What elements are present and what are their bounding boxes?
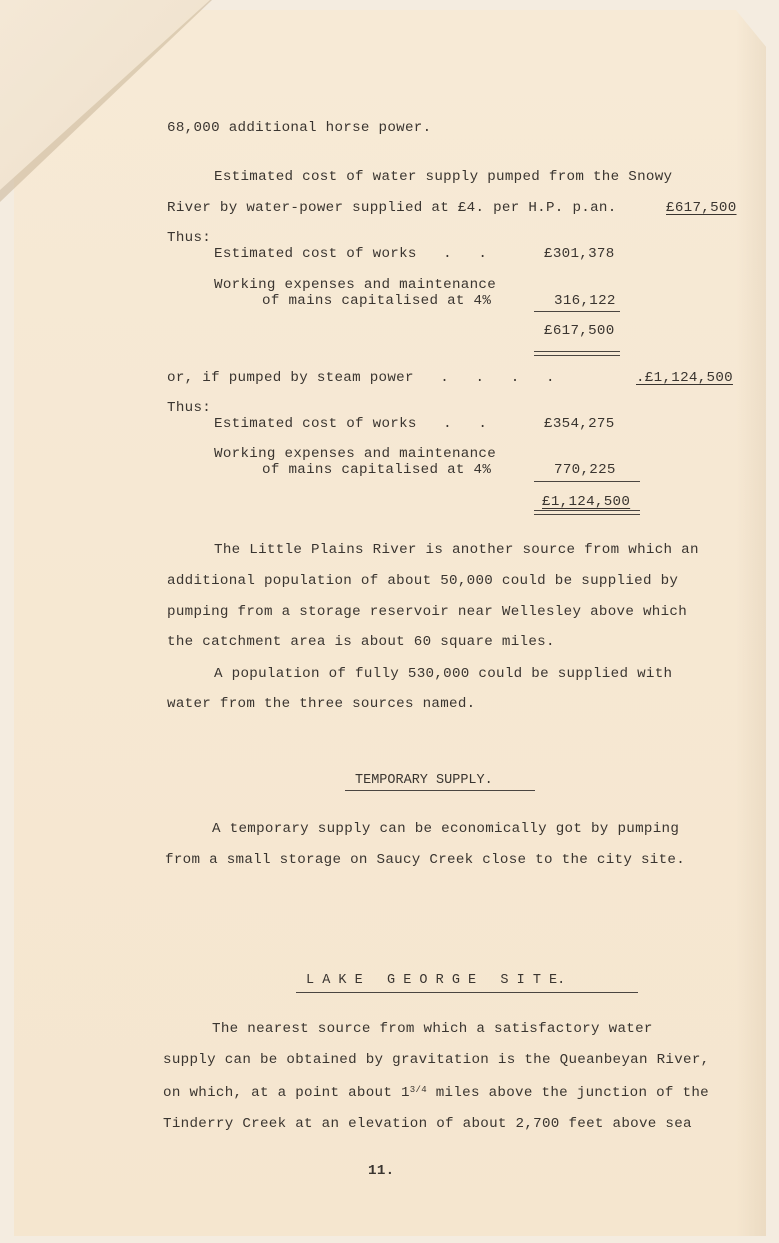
line-part: on which, at a point about 1 — [163, 1085, 410, 1101]
row-label: Working expenses and maintenance — [214, 277, 496, 293]
row-label: Estimated cost of works . . — [214, 416, 487, 432]
row-label: of mains capitalised at 4% — [262, 293, 491, 309]
section-heading: TEMPORARY SUPPLY. — [355, 773, 493, 788]
water-power-cost-total: £617,500 — [666, 200, 737, 216]
text-line: Estimated cost of water supply pumped fr… — [214, 169, 672, 185]
thus-label: Thus: — [167, 230, 211, 246]
subtotal: £1,124,500 — [542, 494, 630, 510]
paragraph-line: on which, at a point about 13/4 miles ab… — [163, 1085, 709, 1101]
paragraph-line: additional population of about 50,000 co… — [167, 573, 678, 589]
row-label: Estimated cost of works . . — [214, 246, 487, 262]
page-number: 11. — [368, 1163, 394, 1179]
paragraph-line: pumping from a storage reservoir near We… — [167, 604, 687, 620]
subtotal: £617,500 — [544, 323, 615, 339]
paragraph-line: The nearest source from which a satisfac… — [212, 1021, 653, 1037]
paragraph-line: A temporary supply can be economically g… — [212, 821, 679, 837]
section-heading: L A K E G E O R G E S I T E. — [306, 973, 565, 988]
steam-power-cost-total: .£1,124,500 — [636, 370, 733, 386]
row-amount: 770,225 — [554, 462, 616, 478]
paragraph-line: A population of fully 530,000 could be s… — [214, 666, 672, 682]
paragraph-line: supply can be obtained by gravitation is… — [163, 1052, 709, 1068]
paragraph-line: the catchment area is about 60 square mi… — [167, 634, 555, 650]
paragraph-line: Tinderry Creek at an elevation of about … — [163, 1116, 692, 1132]
sum-rule — [534, 311, 620, 312]
paragraph-line: from a small storage on Saucy Creek clos… — [165, 852, 685, 868]
fraction: 3/4 — [410, 1085, 427, 1095]
text-line: 68,000 additional horse power. — [167, 120, 431, 136]
text-line: or, if pumped by steam power . . . . — [167, 370, 555, 386]
text-line: River by water-power supplied at £4. per… — [167, 200, 617, 216]
row-amount: £354,275 — [544, 416, 615, 432]
line-part: miles above the junction of the — [436, 1085, 709, 1101]
paragraph-line: The Little Plains River is another sourc… — [214, 542, 699, 558]
row-amount: £301,378 — [544, 246, 615, 262]
double-rule — [534, 351, 620, 356]
double-rule — [534, 510, 640, 515]
row-label: of mains capitalised at 4% — [262, 462, 491, 478]
paragraph-line: water from the three sources named. — [167, 696, 476, 712]
row-label: Working expenses and maintenance — [214, 446, 496, 462]
heading-underline — [345, 790, 535, 791]
row-amount: 316,122 — [554, 293, 616, 309]
heading-underline — [296, 992, 638, 993]
sum-rule — [534, 481, 640, 482]
thus-label: Thus: — [167, 400, 211, 416]
